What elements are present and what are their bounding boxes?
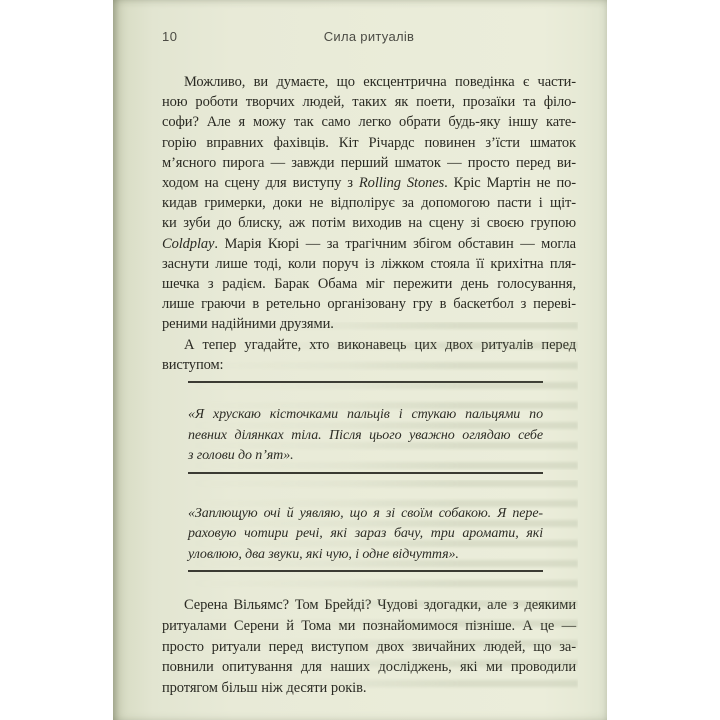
text-line: ки зуби до блиску, аж потім виходив на с… xyxy=(162,213,576,233)
page-header: 10 Сила ритуалів xyxy=(113,0,607,43)
text-line: заснути лише тоді, коли поруч із ліжком … xyxy=(162,254,576,274)
paragraph-reveal: Серена Вільямс? Том Брейді? Чудові здога… xyxy=(162,595,576,699)
running-title: Сила ритуалів xyxy=(324,29,415,44)
text-line: горію вправних фахівців. Кіт Річардс пов… xyxy=(162,133,576,153)
text-line: ритуалами Серени й Тома ми познайомимося… xyxy=(162,616,576,637)
divider-rule-middle xyxy=(188,472,543,474)
text-line: шечка з радієм. Барак Обама міг пережити… xyxy=(162,274,576,294)
text-line: кидав гримерки, доки не відполірує за до… xyxy=(162,193,576,213)
text-line: з голови до п’ят». xyxy=(188,446,543,467)
text-line: виступом: xyxy=(162,355,576,375)
text-line: ною роботи творчих людей, таких як поети… xyxy=(162,92,576,112)
text-line: просто ритуали перед виступом двох звича… xyxy=(162,637,576,658)
text-line: раховую чотири речі, які зараз бачу, три… xyxy=(188,524,543,545)
text-line: уловлюю, два звуки, які чую, і одне відч… xyxy=(188,545,543,566)
page-body: Можливо, ви думаєте, що ексцентрична пов… xyxy=(113,72,607,699)
text-line: лише граючи в ретельно організовану гру … xyxy=(162,294,576,314)
text-line: А тепер угадайте, хто виконавець цих дво… xyxy=(162,335,576,355)
text-line: «Я хрускаю кісточками пальців і стукаю п… xyxy=(188,405,543,426)
ritual-quote-1: «Я хрускаю кісточками пальців і стукаю п… xyxy=(188,405,543,467)
paragraph-guess-prompt: А тепер угадайте, хто виконавець цих дво… xyxy=(162,335,576,375)
text-line: софи? Але я можу так само легко обрати б… xyxy=(162,112,576,132)
divider-rule-top xyxy=(188,381,543,383)
text-line: м’ясного пирога — завжди перший шматок —… xyxy=(162,153,576,173)
text-line: Можливо, ви думаєте, що ексцентрична пов… xyxy=(162,72,576,92)
text-line: Coldplay. Марія Кюрі — за трагічним збіг… xyxy=(162,234,576,254)
book-page: 10 Сила ритуалів Можливо, ви думаєте, що… xyxy=(113,0,607,720)
text-line: реними надійними друзями. xyxy=(162,314,576,334)
text-line: повнили опитування для наших досліджень,… xyxy=(162,657,576,678)
ritual-quote-2: «Заплющую очі й уявляю, що я зі своїм со… xyxy=(188,504,543,566)
text-line: Серена Вільямс? Том Брейді? Чудові здога… xyxy=(162,595,576,616)
page-number: 10 xyxy=(162,30,177,43)
text-line: «Заплющую очі й уявляю, що я зі своїм со… xyxy=(188,504,543,525)
text-line: певних ділянках тіла. Після цього уважно… xyxy=(188,426,543,447)
paragraph-eccentric-behavior: Можливо, ви думаєте, що ексцентрична пов… xyxy=(162,72,576,335)
divider-rule-bottom xyxy=(188,570,543,572)
text-line: протягом більш ніж десяти років. xyxy=(162,678,576,699)
text-line: ходом на сцену для виступу з Rolling Sto… xyxy=(162,173,576,193)
